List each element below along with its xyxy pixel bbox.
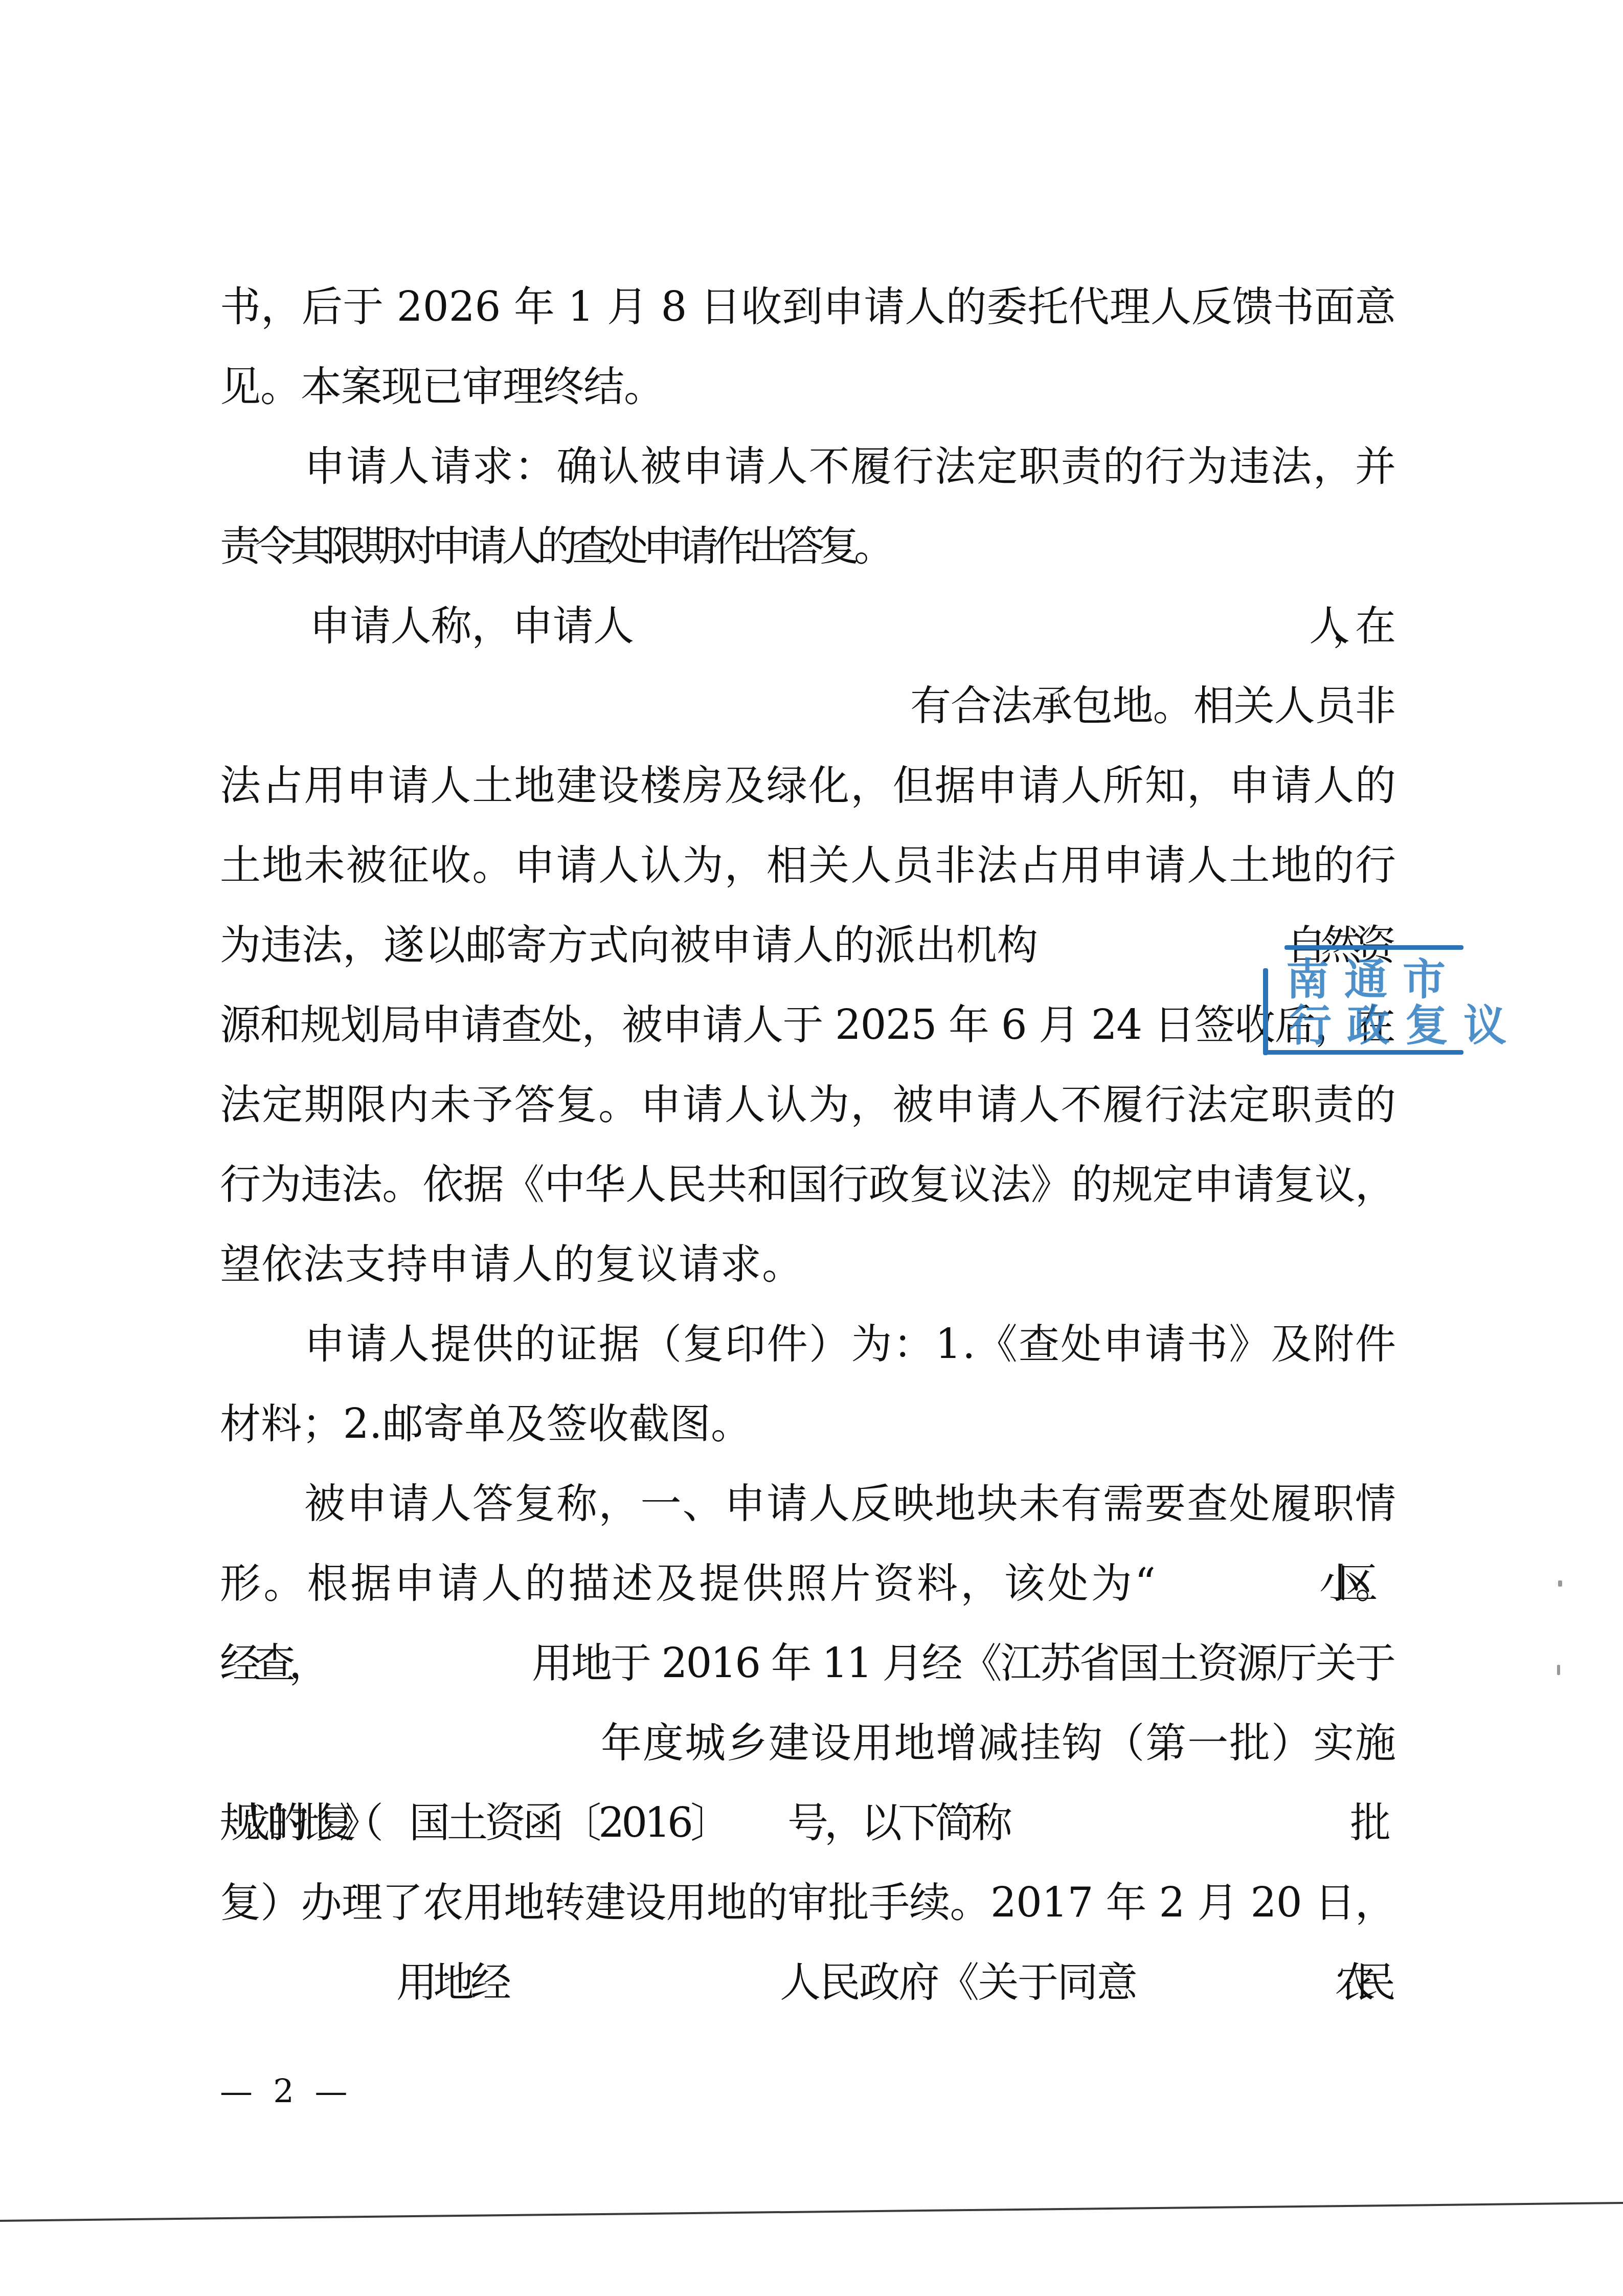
text-segment: 规划的批复》（ <box>220 1797 384 1848</box>
text-line: 土地未被征收。申请人认为，相关人员非法占用申请人土地的行 <box>0 840 1623 891</box>
text-line: 申请人提供的证据（复印件）为：1.《查处申请书》及附件 <box>0 1319 1623 1370</box>
text-line: 经查，用地于 2016 年 11 月经《江苏省国土资源厅关于 <box>0 1638 1623 1689</box>
text-segment: 人，在 <box>1309 600 1396 652</box>
scan-speck <box>1558 1580 1562 1587</box>
text-segment: 复）办理了农用地转建设用地的审批手续。2017 年 2 月 20 日， <box>220 1877 1396 1928</box>
text-segment: 见。本案现已审理终结。 <box>220 361 665 412</box>
text-segment: 为违法，遂以邮寄方式向被申请人的派出机构 <box>220 920 1038 971</box>
scan-speck <box>1557 1665 1560 1675</box>
text-segment: 申请人称，申请人 <box>309 600 634 652</box>
text-segment: 源和规划局申请查处，被申请人于 2025 年 6 月 24 日签收后，在 <box>220 999 1396 1051</box>
text-segment: 申请人请求：确认被申请人不履行法定职责的行为违法，并 <box>304 441 1396 492</box>
text-line: 复）办理了农用地转建设用地的审批手续。2017 年 2 月 20 日， <box>0 1877 1623 1928</box>
text-line: 望依法支持申请人的复议请求。 <box>0 1239 1623 1290</box>
text-line: 书，后于 2026 年 1 月 8 日收到申请人的委托代理人反馈书面意 <box>0 281 1623 332</box>
text-segment: 申请人提供的证据（复印件）为：1.《查处申请书》及附件 <box>304 1319 1396 1370</box>
text-segment: 号，以下简称 <box>787 1797 1012 1848</box>
text-line: 用地经人民政府《关于同意农民 <box>0 1957 1623 2008</box>
text-segment: 批 <box>1350 1797 1396 1848</box>
text-segment: 望依法支持申请人的复议请求。 <box>220 1239 803 1290</box>
text-segment: 人民政府《关于同意 <box>780 1957 1138 2008</box>
text-line: 法占用申请人土地建设楼房及绿化，但据申请人所知，申请人的 <box>0 760 1623 811</box>
text-segment: 责令其限期对申请人的查处申请作出答复。 <box>220 521 895 572</box>
text-segment: 法定期限内未予答复。申请人认为，被申请人不履行法定职责的 <box>220 1079 1396 1130</box>
official-seal-stamp: 南通市 行政复议 <box>1263 945 1465 1055</box>
text-line: 被申请人答复称，一、申请人反映地块未有需要查处履职情 <box>0 1478 1623 1529</box>
stamp-text-city: 南通市 <box>1286 956 1461 1002</box>
text-segment: 形。根据申请人的描述及提供照片资料，该处为“ <box>220 1558 1156 1609</box>
text-segment: 用地经 <box>396 1957 511 2008</box>
text-line: 法定期限内未予答复。申请人认为，被申请人不履行法定职责的 <box>0 1079 1623 1130</box>
page-number: — 2 — <box>220 2066 352 2117</box>
text-line: 有合法承包地。相关人员非 <box>0 680 1623 731</box>
text-line: 责令其限期对申请人的查处申请作出答复。 <box>0 521 1623 572</box>
text-segment: 材料；2.邮寄单及签收截图。 <box>220 1398 752 1450</box>
text-line: 材料；2.邮寄单及签收截图。 <box>0 1398 1623 1450</box>
stamp-border-left <box>1263 968 1268 1055</box>
text-segment: 书，后于 2026 年 1 月 8 日收到申请人的委托代理人反馈书面意 <box>220 281 1396 332</box>
text-segment: 行为违法。依据《中华人民共和国行政复议法》的规定申请复议， <box>220 1159 1396 1210</box>
text-segment: 法占用申请人土地建设楼房及绿化，但据申请人所知，申请人的 <box>220 760 1396 811</box>
text-segment: 年度城乡建设用地增减挂钩（第一批）实施 <box>601 1718 1396 1769</box>
text-segment: 经查， <box>220 1638 330 1689</box>
text-line: 申请人称，申请人人，在 <box>0 600 1623 652</box>
document-page: 书，后于 2026 年 1 月 8 日收到申请人的委托代理人反馈书面意见。本案现… <box>0 0 1623 2296</box>
text-line: 见。本案现已审理终结。 <box>0 361 1623 412</box>
text-line: 规划的批复》（国土资函〔2016〕号，以下简称批 <box>0 1797 1623 1848</box>
page-bottom-edge-line <box>0 2202 1623 2222</box>
text-line: 行为违法。依据《中华人民共和国行政复议法》的规定申请复议， <box>0 1159 1623 1210</box>
text-line: 年度城乡建设用地增减挂钩（第一批）实施 <box>0 1718 1623 1769</box>
stamp-text-agency: 行政复议 <box>1289 1002 1522 1049</box>
text-segment: 有合法承包地。相关人员非 <box>910 680 1396 731</box>
text-segment: 土地未被征收。申请人认为，相关人员非法占用申请人土地的行 <box>220 840 1396 891</box>
text-segment: 小区。 <box>1319 1558 1396 1609</box>
text-segment: 国土资函〔2016〕 <box>409 1797 731 1848</box>
text-line: 形。根据申请人的描述及提供照片资料，该处为“小区。 <box>0 1558 1623 1609</box>
text-line: 申请人请求：确认被申请人不履行法定职责的行为违法，并 <box>0 441 1623 492</box>
stamp-border-top <box>1284 945 1463 950</box>
text-segment: 用地于 2016 年 11 月经《江苏省国土资源厅关于 <box>532 1638 1396 1689</box>
text-segment: 被申请人答复称，一、申请人反映地块未有需要查处履职情 <box>304 1478 1396 1529</box>
text-segment: 农民 <box>1335 1957 1396 2008</box>
stamp-border-bottom <box>1263 1050 1463 1055</box>
